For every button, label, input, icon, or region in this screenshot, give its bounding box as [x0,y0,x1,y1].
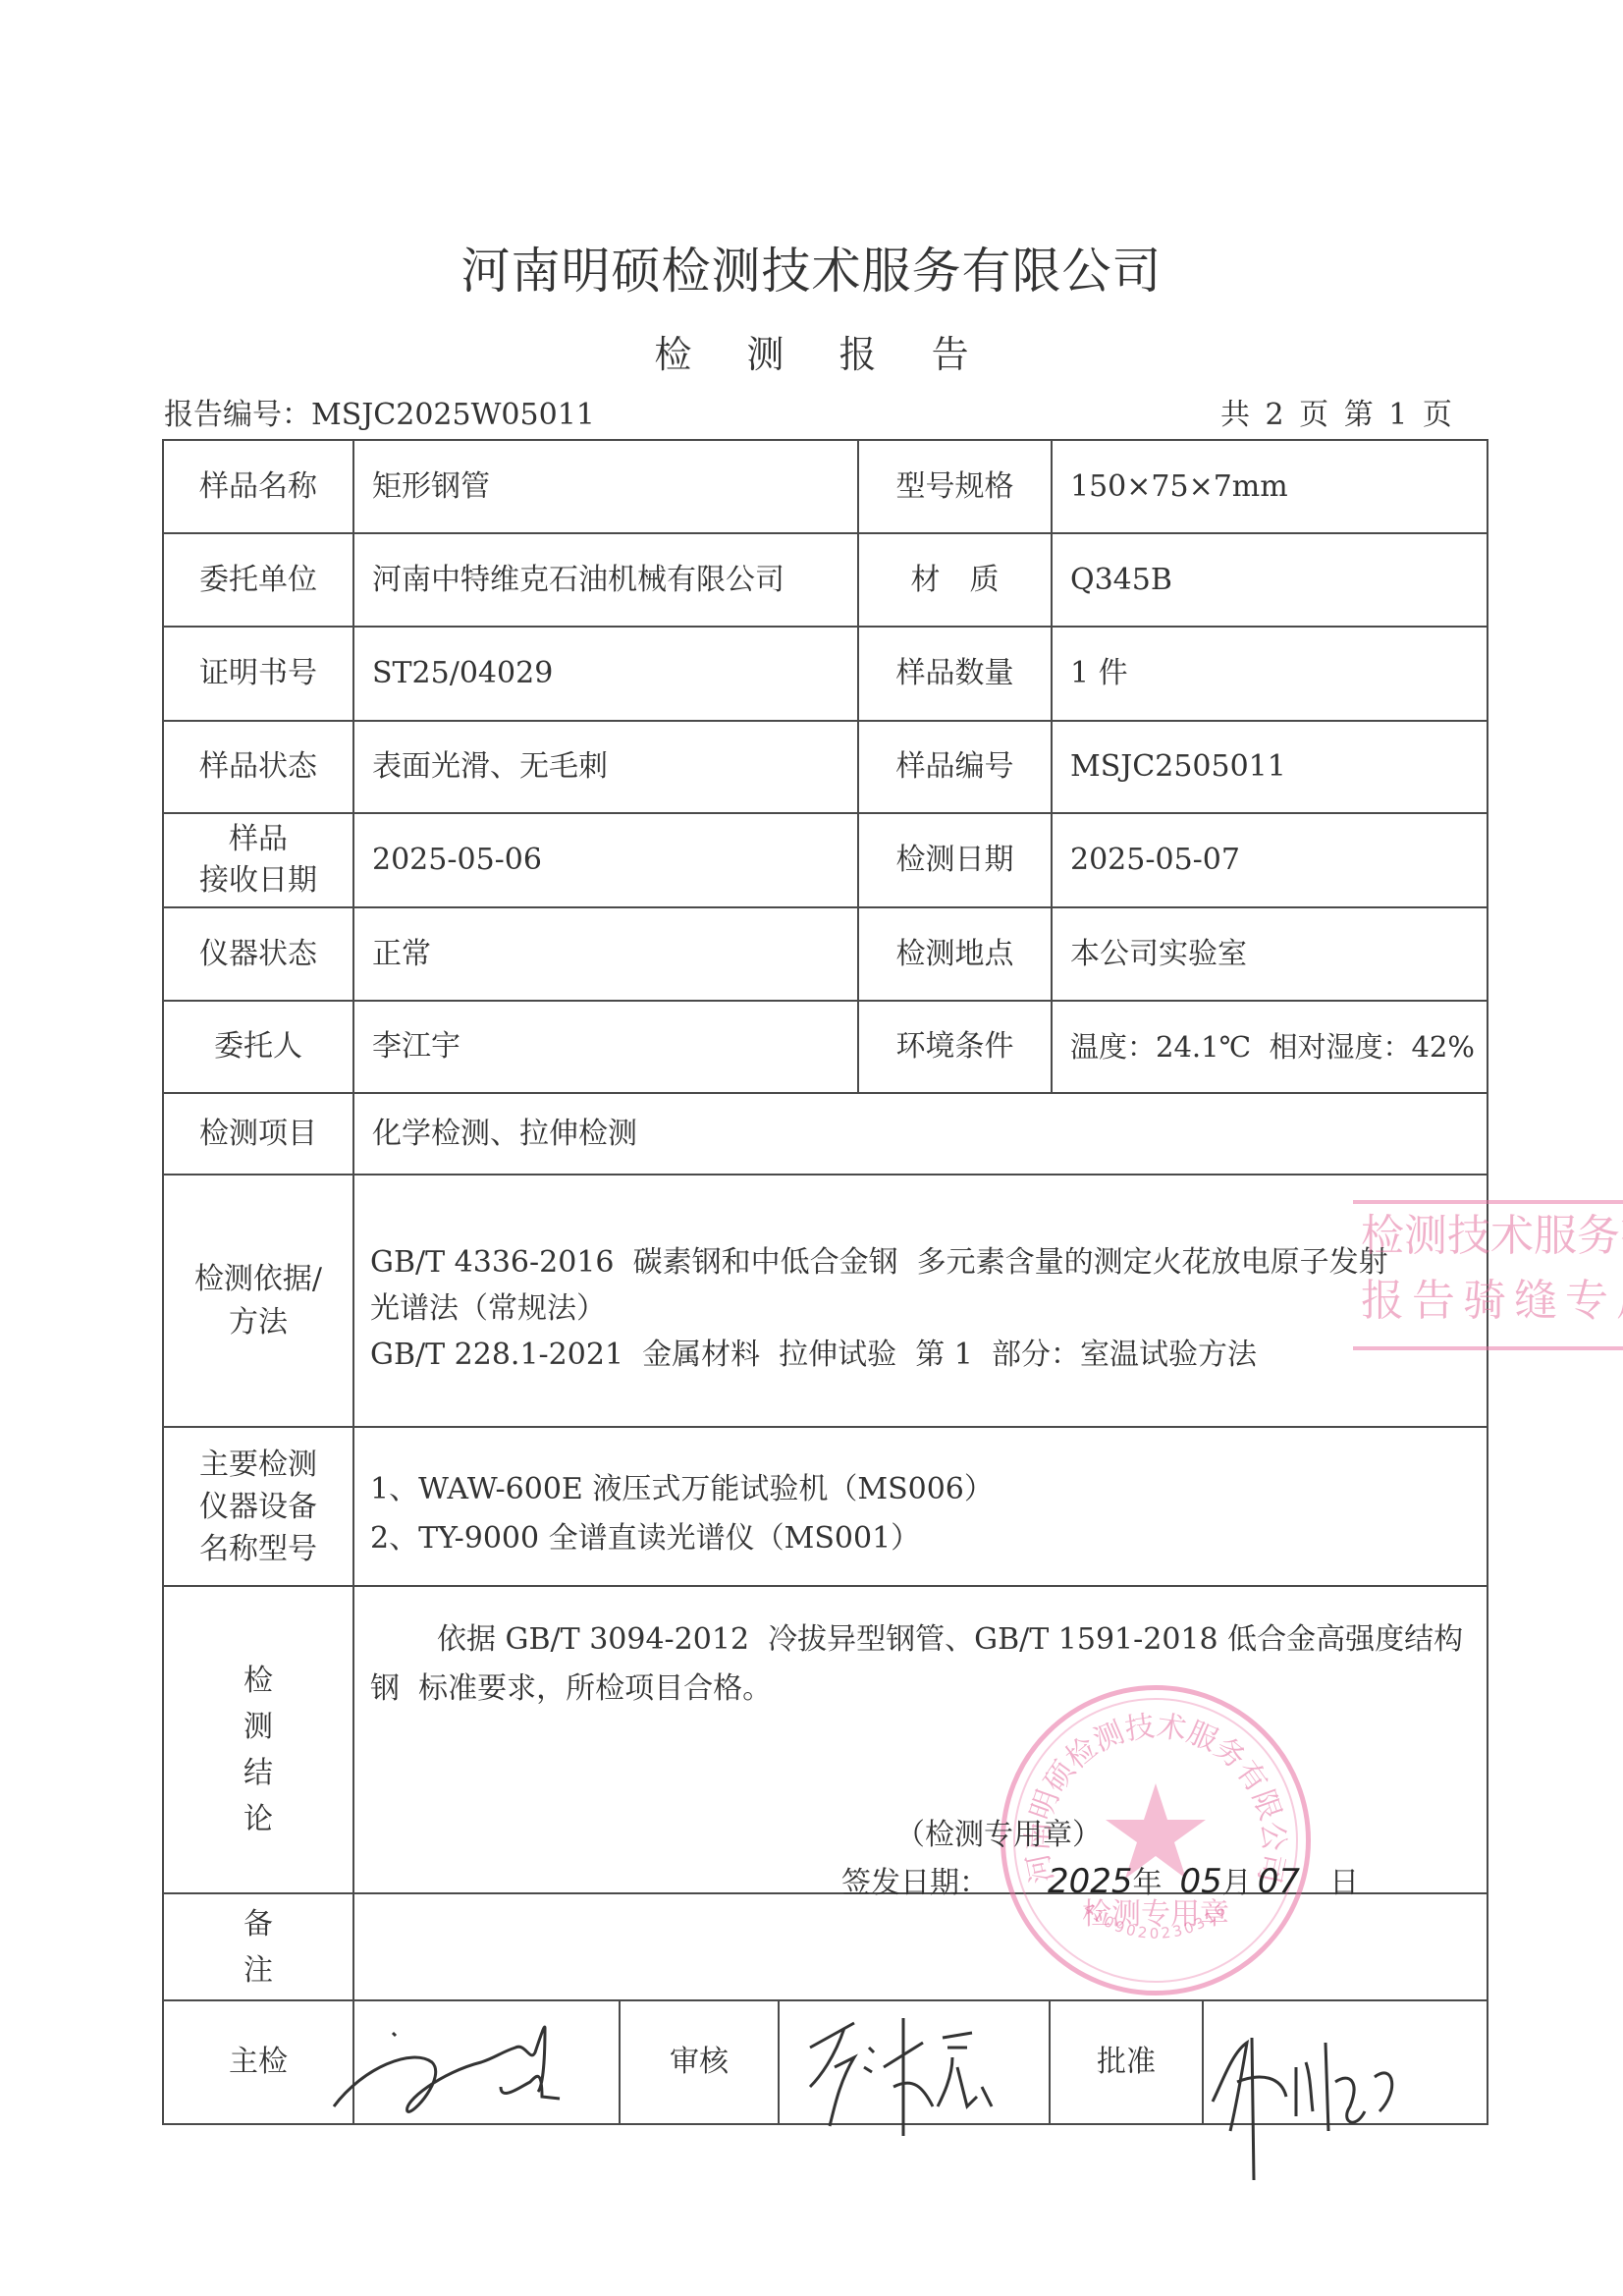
value-remarks [354,1894,1487,1999]
value-test-location: 本公司实验室 [1053,908,1487,1000]
label-equipment-line: 仪器设备 [199,1486,317,1528]
inspector-signature [324,2008,619,2126]
test-basis-line: GB/T 4336-2016 碳素钢和中低合金钢 多元素含量的测定火花放电原子发… [370,1239,1480,1285]
value-sample-id: MSJC2505011 [1053,722,1487,812]
seam-stamp: 检测技术服务有 报告骑缝专用 [1353,1200,1623,1350]
equipment-item: 1、WAW-600E 液压式万能试验机（MS006） [370,1465,1480,1514]
grid-line [162,1426,1488,1428]
label-test-basis-line1: 检测依据/ [194,1258,322,1301]
label-sample-id: 样品编号 [859,722,1051,812]
grid-line [162,1585,1488,1587]
label-client: 委托单位 [164,534,352,626]
grid-line [162,1174,1488,1175]
label-instrument-status: 仪器状态 [164,908,352,1000]
page-indicator: 共 2 页 第 1 页 [1220,390,1452,433]
label-client-contact: 委托人 [164,1002,352,1092]
label-conclusion-char: 测 [243,1704,273,1750]
value-test-date: 2025-05-07 [1053,814,1487,906]
label-equipment: 主要检测 仪器设备 名称型号 [164,1428,352,1585]
value-model-spec: 150×75×7mm [1053,441,1487,532]
document-title: 检 测 报 告 [0,324,1623,378]
label-reviewer: 审核 [621,2001,778,2123]
value-certificate-no: ST25/04029 [354,628,857,720]
label-test-date: 检测日期 [859,814,1051,906]
value-material: Q345B [1053,534,1487,626]
test-basis-content: GB/T 4336-2016 碳素钢和中低合金钢 多元素含量的测定火花放电原子发… [370,1239,1480,1378]
label-receipt-date-line1: 样品 [229,819,288,860]
value-instrument-status: 正常 [354,908,857,1000]
seam-stamp-line1: 检测技术服务有 [1361,1204,1623,1269]
value-client-contact: 李江宇 [354,1002,857,1092]
label-receipt-date: 样品 接收日期 [164,814,352,906]
value-sample-name: 矩形钢管 [354,441,857,532]
label-model-spec: 型号规格 [859,441,1051,532]
label-conclusion-char: 结 [243,1750,273,1796]
label-material: 材 质 [859,534,1051,626]
value-sample-quantity: 1 件 [1053,628,1487,720]
grid-line [778,1999,780,2125]
value-environment: 温度：24.1℃ 相对湿度：42% [1053,1002,1487,1092]
equipment-item: 2、TY-9000 全谱直读光谱仪（MS001） [370,1514,1480,1563]
label-conclusion: 检 测 结 论 [164,1658,352,1842]
approver-signature [1203,2023,1419,2190]
stamp-note: （检测专用章） [895,1810,1102,1853]
equipment-list: 1、WAW-600E 液压式万能试验机（MS006） 2、TY-9000 全谱直… [370,1465,1480,1563]
label-conclusion-char: 论 [243,1796,273,1842]
label-approver: 批准 [1051,2001,1202,2123]
label-sample-condition: 样品状态 [164,722,352,812]
label-remarks-char: 备 [243,1901,273,1947]
label-certificate-no: 证明书号 [164,628,352,720]
label-conclusion-char: 检 [243,1658,273,1704]
label-environment: 环境条件 [859,1002,1051,1092]
label-test-location: 检测地点 [859,908,1051,1000]
label-receipt-date-line2: 接收日期 [199,860,317,902]
label-remarks-char: 注 [243,1947,273,1994]
label-test-items: 检测项目 [164,1094,352,1174]
test-basis-line: 光谱法（常规法） [370,1285,1480,1332]
report-number-value: MSJC2025W05011 [311,398,595,432]
grid-line [162,1999,1488,2001]
value-receipt-date: 2025-05-06 [354,814,857,906]
label-equipment-line: 主要检测 [199,1444,317,1486]
conclusion-text: 依据 GB/T 3094-2012 冷拔异型钢管、GB/T 1591-2018 … [370,1615,1480,1714]
conclusion-line: 钢 标准要求，所检项目合格。 [370,1665,1480,1714]
label-test-basis-line2: 方法 [229,1301,288,1344]
value-client: 河南中特维克石油机械有限公司 [354,534,857,626]
reviewer-signature [795,2008,1041,2146]
report-number-label: 报告编号： [164,398,311,432]
label-sample-quantity: 样品数量 [859,628,1051,720]
company-name: 河南明硕检测技术服务有限公司 [0,232,1623,302]
value-test-items: 化学检测、拉伸检测 [354,1094,1487,1174]
report-number: 报告编号：MSJC2025W05011 [164,390,595,433]
label-test-basis: 检测依据/ 方法 [164,1175,352,1426]
value-sample-condition: 表面光滑、无毛刺 [354,722,857,812]
label-equipment-line: 名称型号 [199,1528,317,1570]
label-sample-name: 样品名称 [164,441,352,532]
conclusion-line: 依据 GB/T 3094-2012 冷拔异型钢管、GB/T 1591-2018 … [437,1622,1463,1657]
label-remarks: 备 注 [164,1901,352,1994]
seam-stamp-line2: 报告骑缝专用 [1361,1269,1623,1334]
test-basis-line: GB/T 228.1-2021 金属材料 拉伸试验 第 1 部分：室温试验方法 [370,1332,1480,1378]
